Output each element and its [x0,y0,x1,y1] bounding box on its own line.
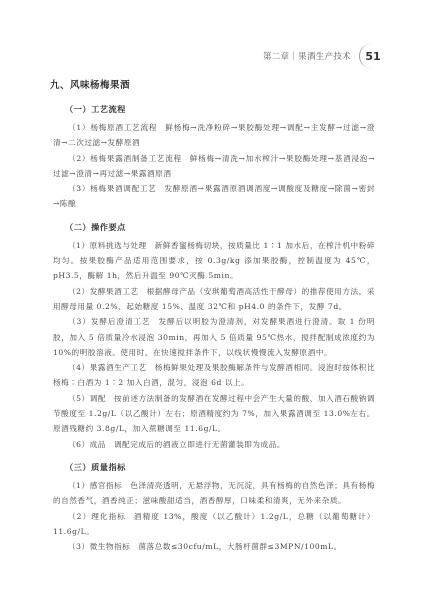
paragraph: （3）杨梅果酒调配工艺发酵原酒→果露酒原酒调酒度→调酸度及糖度→除菌→密封→陈酿 [53,181,375,212]
paragraph: （2）理化指标酒精度 13%，酸度（以乙酸计）1.2g/L，总糖（以葡萄糖计）1… [53,509,375,540]
paragraph: （2）杨梅果露酒制备工艺流程鲜杨梅→清洗→加水榨汁→果胶酶处理→基酒浸泡→过滤→… [53,151,375,182]
running-header: 第二章｜果酒生产技术 51 [263,44,381,68]
paragraph: （6）成品调配完成后的酒液立即进行无菌灌装即为成品。 [53,437,375,452]
page-body: 九、风味杨梅果酒 （一）工艺流程 （1）杨梅原酒工艺流程鲜杨梅→洗净粉碎→果胶酶… [53,77,375,554]
paragraph: （4）果露酒生产工艺杨梅鲜果处理及果胶酶解条件与发酵酒相同。浸泡时按体积比杨梅∶… [53,360,375,391]
paragraph: （2）发酵果酒工艺根据酵母产品（安琪葡萄酒高活性干酵母）的推荐使用方法，采用酵母… [53,284,375,315]
subsection-title-key-operations: （二）操作要点 [65,222,375,233]
paragraph-text: 调配完成后的酒液立即进行无菌灌装即为成品。 [114,440,285,449]
subsection-title-quality-indicators: （三）质量指标 [65,462,375,473]
running-title: 第二章｜果酒生产技术 [263,50,351,62]
paragraph-label: （2）杨梅果露酒制备工艺流程 [68,154,182,163]
paragraph-label: （2）理化指标 [68,512,126,521]
paragraph: （5）调配按前述方法制备的发酵酒在发酵过程中会产生大量的酸，加入酒石酸钠调节酸度… [53,391,375,437]
paragraph-label: （2）发酵果酒工艺 [68,287,139,296]
paragraph-label: （4）果露酒生产工艺 [68,363,147,372]
paragraph: （1）原料挑选与处理新鲜香蜜杨梅切块，按质量比 1∶1 加水后，在榨汁机中粉碎均… [53,238,375,284]
paragraph-label: （3）微生物指标 [68,542,130,551]
section-title: 九、风味杨梅果酒 [50,77,375,91]
paragraph-label: （1）杨梅原酒工艺流程 [68,123,157,132]
paragraph-label: （1）感官指标 [68,481,122,490]
paragraph: （1）感官指标色泽清亮透明，无悬浮物，无沉淀，具有杨梅的自然色泽；具有杨梅的自然… [53,478,375,509]
paragraph-text: 菌落总数≤30cfu/mL，大肠杆菌群≤3MPN/100mL。 [138,542,341,551]
paragraph-label: （3）杨梅果酒调配工艺 [68,184,156,193]
page-number: 51 [365,50,380,63]
paragraph-label: （3）发酵后澄清工艺 [68,317,151,326]
paragraph-label: （5）调配 [68,394,106,403]
paragraph: （3）发酵后澄清工艺发酵后以明胶为澄清剂，对发酵果酒进行澄清。取 1 份明胶，加… [53,314,375,360]
subsection-title-process-flow: （一）工艺流程 [65,104,375,115]
paragraph-label: （6）成品 [68,440,106,449]
paragraph: （1）杨梅原酒工艺流程鲜杨梅→洗净粉碎→果胶酶处理→调配→主发酵→过滤→澄清→二… [53,120,375,151]
paragraph: （3）微生物指标菌落总数≤30cfu/mL，大肠杆菌群≤3MPN/100mL。 [53,539,375,554]
paragraph-label: （1）原料挑选与处理 [68,241,147,250]
page-number-badge: 51 [359,44,381,68]
